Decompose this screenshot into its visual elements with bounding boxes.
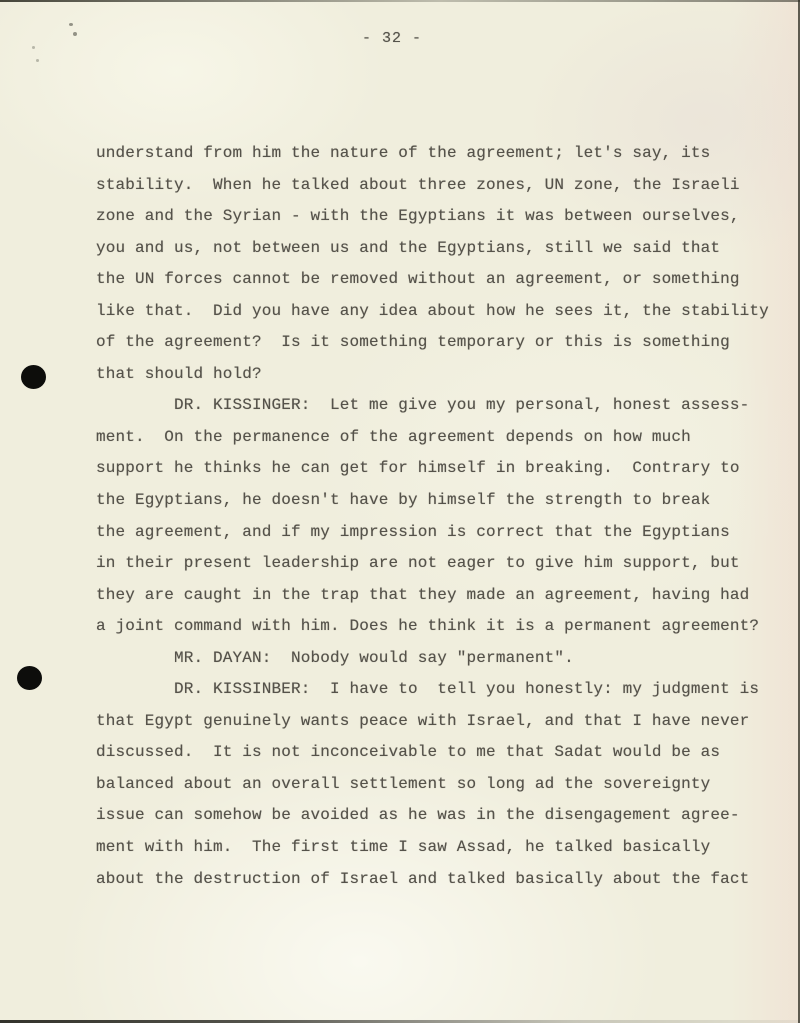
text-line: DR. KISSINGER: Let me give you my person… <box>96 390 786 422</box>
text-line: you and us, not between us and the Egypt… <box>96 233 786 265</box>
text-line: in their present leadership are not eage… <box>96 548 786 580</box>
text-line: balanced about an overall settlement so … <box>96 769 786 801</box>
text-line: issue can somehow be avoided as he was i… <box>96 800 786 832</box>
text-line: zone and the Syrian - with the Egyptians… <box>96 201 786 233</box>
text-line: of the agreement? Is it something tempor… <box>96 327 786 359</box>
text-line: they are caught in the trap that they ma… <box>96 580 786 612</box>
text-line: stability. When he talked about three zo… <box>96 170 786 202</box>
text-line: DR. KISSINBER: I have to tell you honest… <box>96 674 786 706</box>
hole-punch-bottom <box>17 666 42 690</box>
transcript-text: understand from him the nature of the ag… <box>96 138 786 895</box>
text-line: ment with him. The first time I saw Assa… <box>96 832 786 864</box>
text-line: support he thinks he can get for himself… <box>96 453 786 485</box>
text-line: discussed. It is not inconceivable to me… <box>96 737 786 769</box>
hole-punch-top <box>21 365 46 389</box>
document-page: - 32 - understand from him the nature of… <box>0 0 800 1023</box>
scan-edge-top <box>0 0 800 2</box>
text-line: a joint command with him. Does he think … <box>96 611 786 643</box>
paper-speck <box>69 23 73 26</box>
text-line: the Egyptians, he doesn't have by himsel… <box>96 485 786 517</box>
text-line: that Egypt genuinely wants peace with Is… <box>96 706 786 738</box>
text-line: that should hold? <box>96 359 786 391</box>
text-line: about the destruction of Israel and talk… <box>96 864 786 896</box>
text-line: the UN forces cannot be removed without … <box>96 264 786 296</box>
text-line: understand from him the nature of the ag… <box>96 138 786 170</box>
text-line: MR. DAYAN: Nobody would say "permanent". <box>96 643 786 675</box>
text-line: ment. On the permanence of the agreement… <box>96 422 786 454</box>
text-line: like that. Did you have any idea about h… <box>96 296 786 328</box>
paper-speck <box>36 59 39 62</box>
page-number: - 32 - <box>0 30 792 47</box>
text-line: the agreement, and if my impression is c… <box>96 517 786 549</box>
